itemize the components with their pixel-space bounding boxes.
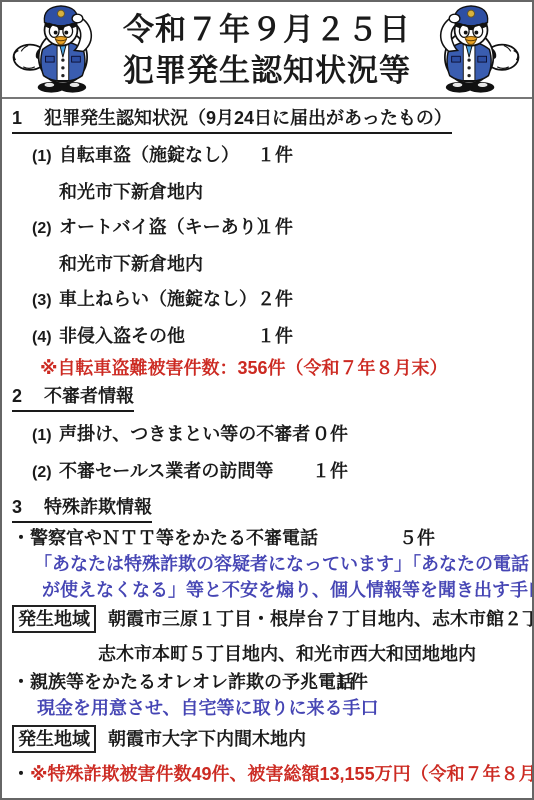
crime-item-row: (1)自転車盗（施錠なし）１件 (12, 142, 522, 170)
area-addresses: 志木市本町５丁目地内、和光市西大和団地地内 (98, 641, 522, 667)
item-number: (1) (32, 144, 59, 170)
occurrence-area-row: 発生地域朝霞市三原１丁目・根岸台７丁目地内、志木市館２丁目・ (12, 605, 522, 633)
suspicious-item-row: (2)不審セールス業者の訪問等１件 (12, 458, 522, 486)
fraud-entry-label: 親族等をかたるオレオレ詐欺の予兆電話 (30, 672, 354, 692)
bullet-icon: ・ (12, 525, 30, 551)
title-block: 令和７年９月２５日 犯罪発生認知状況等 (116, 9, 418, 91)
item-number: (2) (32, 216, 59, 242)
item-location: 和光市下新倉地内 (59, 179, 522, 205)
bicycle-theft-stat-note: ※自転車盗難被害件数：356件（令和７年８月末） (40, 355, 522, 381)
fraud-total-stat-note: ※特殊詐欺被害件数49件、被害総額13,155万円（令和７年８月末） (30, 764, 534, 784)
item-location: 和光市下新倉地内 (59, 251, 522, 277)
police-bird-mascot-icon (418, 3, 528, 96)
section3-heading: 3特殊詐欺情報 (12, 494, 152, 523)
item-count: １件 (257, 214, 293, 240)
section3-number: 3 (12, 494, 44, 520)
item-number: (4) (32, 325, 59, 351)
bulletin-header: 令和７年９月２５日 犯罪発生認知状況等 (2, 2, 532, 99)
item-number: (1) (32, 423, 59, 449)
section2-heading: 2不審者情報 (12, 383, 134, 412)
bullet-icon: ・ (12, 761, 30, 787)
item-count: ０件 (312, 421, 348, 447)
crime-item-row: (4)非侵入盗その他１件 (12, 323, 522, 351)
section1-heading: 1犯罪発生認知状況（9月24日に届出があったもの） (12, 105, 452, 134)
crime-item-row: (3)車上ねらい（施錠なし）２件 (12, 286, 522, 314)
section3-title: 特殊詐欺情報 (44, 497, 152, 517)
suspicious-item-row: (1)声掛け、つきまとい等の不審者０件 (12, 421, 522, 449)
fraud-method-description: 「あなたは特殊詐欺の容疑者になっています」「あなたの電話 (34, 551, 522, 577)
bullet-icon: ・ (12, 669, 30, 695)
bulletin-body: 1犯罪発生認知状況（9月24日に届出があったもの） (1)自転車盗（施錠なし）１… (2, 99, 532, 787)
item-count: １件 (257, 323, 293, 349)
item-number: (2) (32, 460, 59, 486)
item-label: 不審セールス業者の訪問等 (59, 461, 273, 481)
fraud-entry-row: ・警察官やＮＴＴ等をかたる不審電話５件 (12, 525, 522, 551)
fraud-method-description: 現金を用意させ、自宅等に取りに来る手口 (37, 695, 522, 721)
area-label-badge: 発生地域 (12, 725, 96, 753)
section2-heading-row: 2不審者情報 (12, 383, 522, 412)
fraud-method-description: が使えなくなる」等と不安を煽り、個人情報等を聞き出す手口 (42, 577, 522, 603)
police-crime-bulletin: 令和７年９月２５日 犯罪発生認知状況等 1犯罪発生認知状況（9月24日に届出があ… (0, 0, 534, 800)
item-count: １件 (312, 458, 348, 484)
item-label: オートバイ盗（キーあり） (59, 217, 275, 237)
section3-heading-row: 3特殊詐欺情報 (12, 494, 522, 523)
fraud-entry-count: ５件 (399, 525, 435, 551)
area-addresses: 朝霞市三原１丁目・根岸台７丁目地内、志木市館２丁目・ (108, 609, 534, 629)
fraud-entry-count: １件 (332, 669, 368, 695)
bulletin-title: 犯罪発生認知状況等 (116, 50, 418, 91)
item-number: (3) (32, 288, 59, 314)
item-label: 自転車盗（施錠なし） (59, 145, 239, 165)
police-bird-mascot-icon (6, 3, 116, 96)
fraud-entry-label: 警察官やＮＴＴ等をかたる不審電話 (30, 528, 318, 548)
item-label: 非侵入盗その他 (59, 326, 185, 346)
item-label: 車上ねらい（施錠なし） (59, 289, 257, 309)
occurrence-area-row: 発生地域朝霞市大字下内間木地内 (12, 725, 522, 753)
item-count: ２件 (257, 286, 293, 312)
area-label-badge: 発生地域 (12, 605, 96, 633)
section2-title: 不審者情報 (44, 386, 134, 406)
section2-number: 2 (12, 383, 44, 409)
area-addresses: 朝霞市大字下内間木地内 (108, 729, 306, 749)
section1-title: 犯罪発生認知状況（9月24日に届出があったもの） (44, 108, 452, 128)
section1-number: 1 (12, 105, 44, 131)
bulletin-date: 令和７年９月２５日 (116, 9, 418, 50)
section1-heading-row: 1犯罪発生認知状況（9月24日に届出があったもの） (12, 105, 522, 134)
crime-item-row: (2)オートバイ盗（キーあり）１件 (12, 214, 522, 242)
fraud-entry-row: ・親族等をかたるオレオレ詐欺の予兆電話１件 (12, 669, 522, 695)
item-label: 声掛け、つきまとい等の不審者 (59, 424, 310, 444)
fraud-total-note-row: ・※特殊詐欺被害件数49件、被害総額13,155万円（令和７年８月末） (12, 761, 522, 787)
item-count: １件 (257, 142, 293, 168)
